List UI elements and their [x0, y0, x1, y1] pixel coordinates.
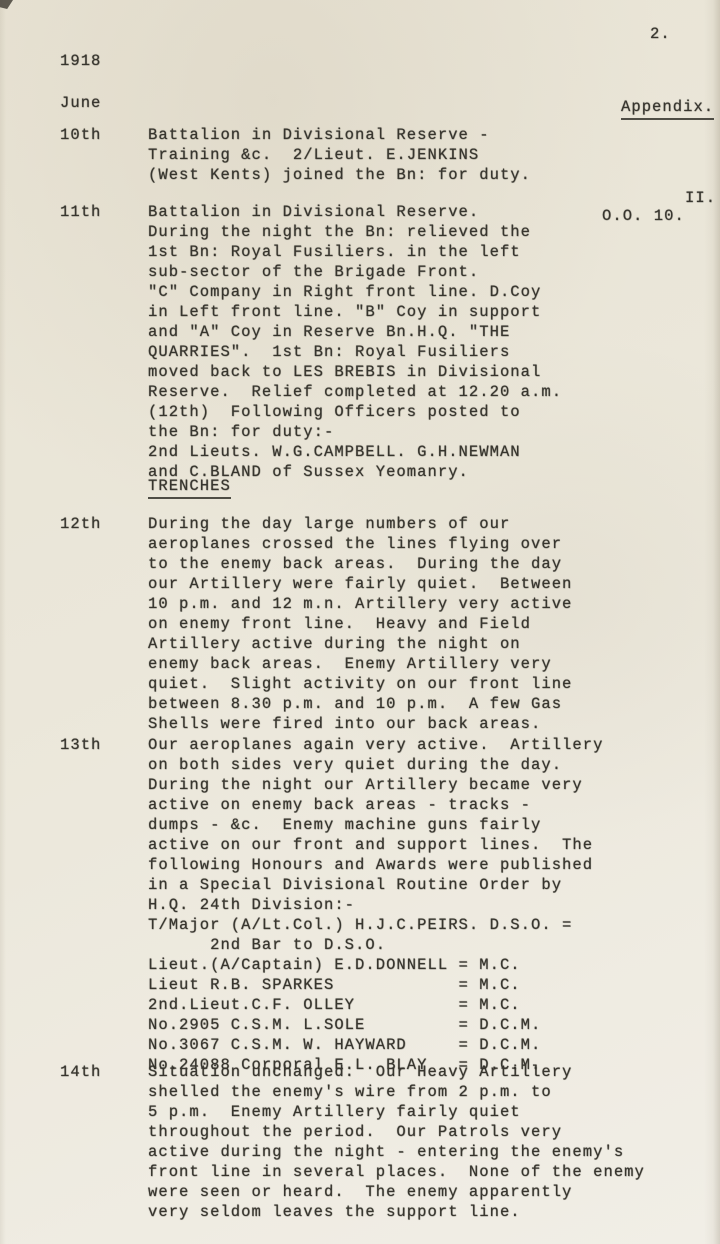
entry-line: to the enemy back areas. During the day	[148, 554, 572, 574]
entry-line: Lieut.(A/Captain) E.D.DONNELL = M.C.	[148, 955, 603, 975]
appendix-heading: Appendix.	[621, 97, 714, 120]
entry-line: on enemy front line. Heavy and Field	[148, 614, 572, 634]
entry-line: active on enemy back areas - tracks -	[148, 795, 603, 815]
entry-line: Situation unchanged. Our Heavy Artillery	[148, 1062, 645, 1082]
entry-line: During the night the Bn: relieved the	[148, 222, 562, 242]
entry-line: following Honours and Awards were publis…	[148, 855, 603, 875]
entry-line: During the night our Artillery became ve…	[148, 775, 603, 795]
entry-lines: During the day large numbers of ouraerop…	[148, 514, 572, 734]
entry-line: moved back to LES BREBIS in Divisional	[148, 362, 562, 382]
section-heading-trenches: TRENCHES	[148, 476, 231, 499]
entry-line: the Bn: for duty:-	[148, 422, 562, 442]
entry-line: active during the night - entering the e…	[148, 1142, 645, 1162]
entry-line: were seen or heard. The enemy apparently	[148, 1182, 645, 1202]
entry-line: Lieut R.B. SPARKES = M.C.	[148, 975, 603, 995]
entry-line: between 8.30 p.m. and 10 p.m. A few Gas	[148, 694, 572, 714]
entry-line: Shells were fired into our back areas.	[148, 714, 572, 734]
entry-line: front line in several places. None of th…	[148, 1162, 645, 1182]
entry-line: on both sides very quiet during the day.	[148, 755, 603, 775]
entry-date: 13th	[60, 735, 101, 755]
entry-line: No.2905 C.S.M. L.SOLE = D.C.M.	[148, 1015, 603, 1035]
entry-line: 2nd Bar to D.S.O.	[148, 935, 603, 955]
entry-line: 10 p.m. and 12 m.n. Artillery very activ…	[148, 594, 572, 614]
page-number: 2.	[650, 24, 671, 44]
entry-line: During the day large numbers of our	[148, 514, 572, 534]
entry-line: in a Special Divisional Routine Order by	[148, 875, 603, 895]
entry-lines: Situation unchanged. Our Heavy Artillery…	[148, 1062, 645, 1222]
entry-lines: Battalion in Divisional Reserve -Trainin…	[148, 125, 531, 185]
entry-line: our Artillery were fairly quiet. Between	[148, 574, 572, 594]
entry-line: 2nd.Lieut.C.F. OLLEY = M.C.	[148, 995, 603, 1015]
margin-note-numeral: II.	[685, 188, 716, 208]
year-label: 1918	[60, 51, 101, 71]
entry-line: QUARRIES". 1st Bn: Royal Fusiliers	[148, 342, 562, 362]
entry-line: Battalion in Divisional Reserve -	[148, 125, 531, 145]
entry-line: (West Kents) joined the Bn: for duty.	[148, 165, 531, 185]
entry-line: No.3067 C.S.M. W. HAYWARD = D.C.M.	[148, 1035, 603, 1055]
entry-date: 12th	[60, 514, 101, 534]
margin-note-operation-order: O.O. 10.	[602, 206, 685, 226]
entry-line: in Left front line. "B" Coy in support	[148, 302, 562, 322]
entry-line: throughout the period. Our Patrols very	[148, 1122, 645, 1142]
entry-line: active on our front and support lines. T…	[148, 835, 603, 855]
entry-lines: Battalion in Divisional Reserve.During t…	[148, 202, 562, 482]
entry-line: 5 p.m. Enemy Artillery fairly quiet	[148, 1102, 645, 1122]
entry-line: enemy back areas. Enemy Artillery very	[148, 654, 572, 674]
month-label: June	[60, 93, 101, 113]
entry-line: dumps - &c. Enemy machine guns fairly	[148, 815, 603, 835]
entry-line: Artillery active during the night on	[148, 634, 572, 654]
entry-date: 14th	[60, 1062, 101, 1082]
scan-corner-artifact	[0, 0, 13, 9]
entry-line: quiet. Slight activity on our front line	[148, 674, 572, 694]
entry-date: 10th	[60, 125, 101, 145]
entry-line: shelled the enemy's wire from 2 p.m. to	[148, 1082, 645, 1102]
entry-line: very seldom leaves the support line.	[148, 1202, 645, 1222]
entry-line: "C" Company in Right front line. D.Coy	[148, 282, 562, 302]
entry-line: T/Major (A/Lt.Col.) H.J.C.PEIRS. D.S.O. …	[148, 915, 603, 935]
entry-line: 1st Bn: Royal Fusiliers. in the left	[148, 242, 562, 262]
entry-line: 2nd Lieuts. W.G.CAMPBELL. G.H.NEWMAN	[148, 442, 562, 462]
entry-lines: Our aeroplanes again very active. Artill…	[148, 735, 603, 1075]
entry-line: aeroplanes crossed the lines flying over	[148, 534, 572, 554]
entry-line: Our aeroplanes again very active. Artill…	[148, 735, 603, 755]
entry-line: Battalion in Divisional Reserve.	[148, 202, 562, 222]
entry-line: (12th) Following Officers posted to	[148, 402, 562, 422]
entry-date: 11th	[60, 202, 101, 222]
entry-line: sub-sector of the Brigade Front.	[148, 262, 562, 282]
entry-line: and "A" Coy in Reserve Bn.H.Q. "THE	[148, 322, 562, 342]
entry-line: H.Q. 24th Division:-	[148, 895, 603, 915]
entry-line: Training &c. 2/Lieut. E.JENKINS	[148, 145, 531, 165]
war-diary-page-scan: 2. 1918 June Appendix. 10th Battalion in…	[0, 0, 720, 1244]
entry-line: Reserve. Relief completed at 12.20 a.m.	[148, 382, 562, 402]
